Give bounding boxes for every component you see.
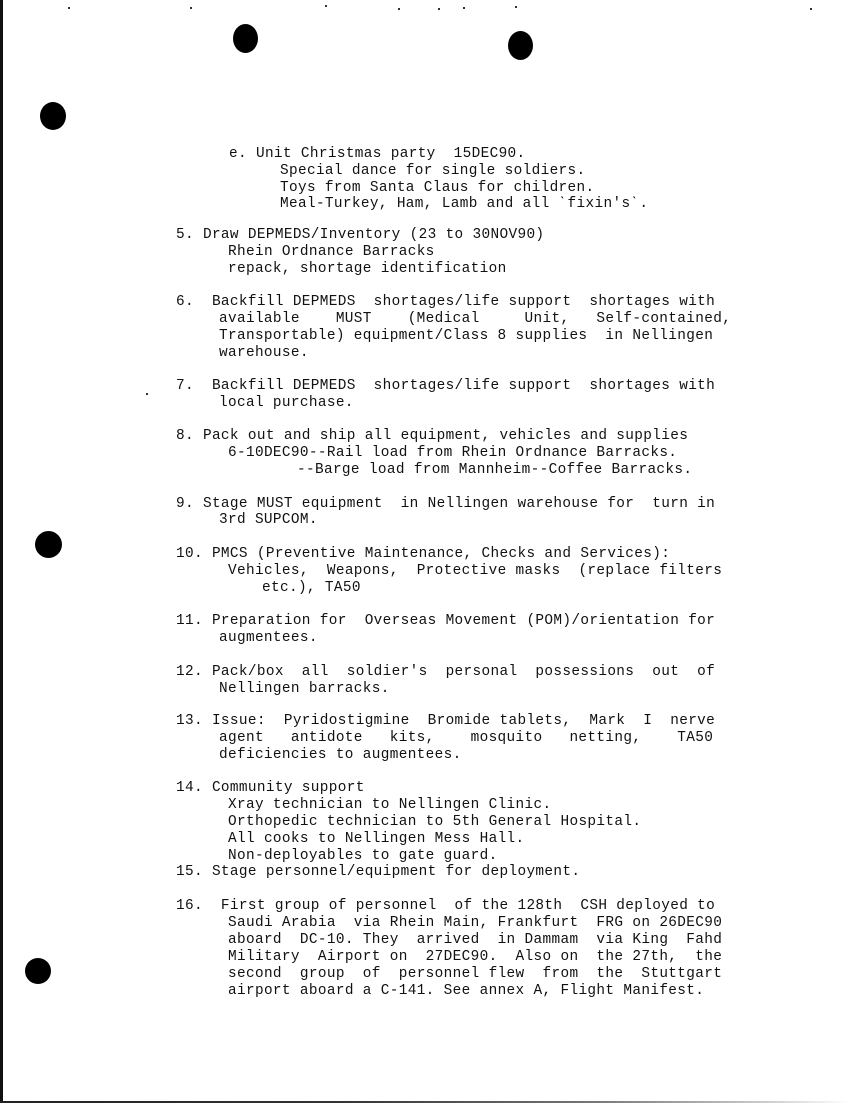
item-heading: 15. Stage personnel/equipment for deploy… — [176, 864, 580, 881]
item-heading: 7. Backfill DEPMEDS shortages/life suppo… — [176, 378, 715, 395]
punch-hole-left-3 — [25, 958, 51, 984]
scan-speck — [515, 6, 517, 8]
item-line: deficiencies to augmentees. — [219, 747, 462, 764]
punch-hole-top-left — [233, 24, 258, 53]
scan-bottom-edge — [0, 1101, 850, 1103]
item-line: Special dance for single soldiers. — [280, 163, 586, 180]
item-heading: e. Unit Christmas party 15DEC90. — [229, 146, 526, 163]
item-line: etc.), TA50 — [262, 580, 361, 597]
item-line: Saudi Arabia via Rhein Main, Frankfurt F… — [228, 915, 722, 932]
item-line: Rhein Ordnance Barracks — [228, 244, 435, 261]
item-line: 3rd SUPCOM. — [219, 512, 318, 529]
scan-speck — [463, 7, 465, 9]
scan-speck — [398, 8, 400, 10]
scan-speck — [810, 8, 812, 10]
item-line: aboard DC-10. They arrived in Dammam via… — [228, 932, 722, 949]
item-line: Nellingen barracks. — [219, 681, 390, 698]
item-heading: 12. Pack/box all soldier's personal poss… — [176, 664, 715, 681]
item-heading: 10. PMCS (Preventive Maintenance, Checks… — [176, 546, 670, 563]
punch-hole-left-1 — [40, 102, 66, 130]
item-line: available MUST (Medical Unit, Self-conta… — [219, 311, 731, 328]
item-line: repack, shortage identification — [228, 261, 507, 278]
punch-hole-left-2 — [35, 531, 62, 558]
item-line: --Barge load from Mannheim--Coffee Barra… — [297, 462, 692, 479]
item-line: Non-deployables to gate guard. — [228, 848, 498, 865]
item-line: local purchase. — [219, 395, 354, 412]
scan-speck — [68, 7, 70, 9]
item-heading: 9. Stage MUST equipment in Nellingen war… — [176, 496, 715, 513]
item-line: airport aboard a C-141. See annex A, Fli… — [228, 983, 704, 1000]
item-line: 6-10DEC90--Rail load from Rhein Ordnance… — [228, 445, 677, 462]
item-line: second group of personnel flew from the … — [228, 966, 722, 983]
item-heading: 6. Backfill DEPMEDS shortages/life suppo… — [176, 294, 715, 311]
item-line: warehouse. — [219, 345, 309, 362]
scan-speck — [438, 8, 440, 10]
item-line: Transportable) equipment/Class 8 supplie… — [219, 328, 713, 345]
item-heading: 8. Pack out and ship all equipment, vehi… — [176, 428, 688, 445]
item-heading: 14. Community support — [176, 780, 365, 797]
scan-speck — [190, 7, 192, 9]
scan-speck — [325, 5, 327, 7]
item-line: Toys from Santa Claus for children. — [280, 180, 595, 197]
item-line: Orthopedic technician to 5th General Hos… — [228, 814, 641, 831]
scan-speck — [146, 393, 148, 395]
item-heading: 13. Issue: Pyridostigmine Bromide tablet… — [176, 713, 715, 730]
scan-left-edge — [0, 0, 3, 1103]
item-line: All cooks to Nellingen Mess Hall. — [228, 831, 525, 848]
punch-hole-top-right — [508, 31, 533, 60]
item-line: agent antidote kits, mosquito netting, T… — [219, 730, 713, 747]
item-heading: 16. First group of personnel of the 128t… — [176, 898, 715, 915]
item-line: Meal-Turkey, Ham, Lamb and all ˋfixin'sˋ… — [280, 196, 648, 213]
item-heading: 5. Draw DEPMEDS/Inventory (23 to 30NOV90… — [176, 227, 544, 244]
item-line: Xray technician to Nellingen Clinic. — [228, 797, 552, 814]
item-line: Vehicles, Weapons, Protective masks (rep… — [228, 563, 722, 580]
item-heading: 11. Preparation for Overseas Movement (P… — [176, 613, 715, 630]
item-line: Military Airport on 27DEC90. Also on the… — [228, 949, 722, 966]
item-line: augmentees. — [219, 630, 318, 647]
